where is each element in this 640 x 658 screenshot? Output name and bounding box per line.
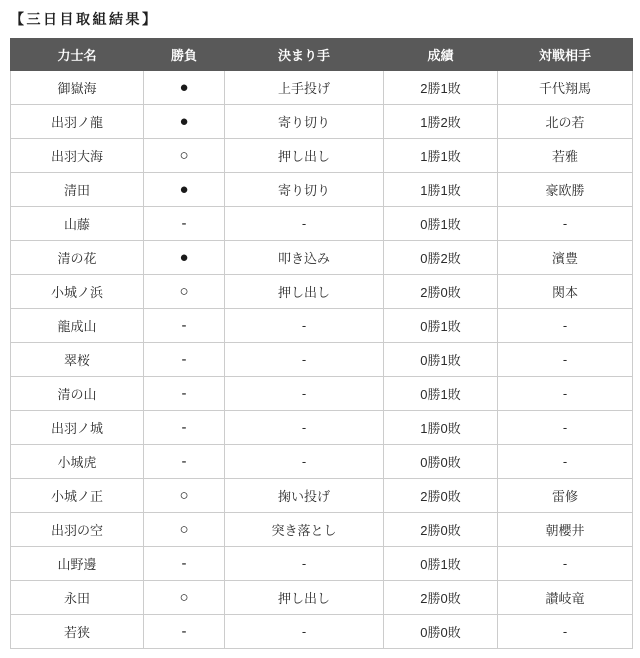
cell-technique: 叩き込み — [225, 241, 384, 275]
cell-opponent: 濱豊 — [498, 241, 633, 275]
cell-result-mark: - — [144, 377, 225, 411]
cell-technique: 寄り切り — [225, 105, 384, 139]
cell-opponent: 千代翔馬 — [498, 71, 633, 105]
cell-opponent: - — [498, 445, 633, 479]
cell-result-mark: ○ — [144, 479, 225, 513]
cell-wrestler-name: 清の山 — [11, 377, 144, 411]
cell-result-mark: - — [144, 547, 225, 581]
table-row: 小城ノ浜○押し出し2勝0敗関本 — [11, 275, 633, 309]
cell-record: 2勝0敗 — [384, 513, 498, 547]
cell-technique: 上手投げ — [225, 71, 384, 105]
column-header-result: 勝負 — [144, 39, 225, 71]
cell-result-mark: ● — [144, 105, 225, 139]
cell-record: 1勝1敗 — [384, 173, 498, 207]
table-row: 出羽の空○突き落とし2勝0敗朝櫻井 — [11, 513, 633, 547]
table-row: 山藤--0勝1敗- — [11, 207, 633, 241]
cell-wrestler-name: 小城虎 — [11, 445, 144, 479]
cell-result-mark: - — [144, 207, 225, 241]
cell-record: 2勝0敗 — [384, 581, 498, 615]
cell-result-mark: - — [144, 411, 225, 445]
table-row: 清田●寄り切り1勝1敗豪欧勝 — [11, 173, 633, 207]
cell-record: 0勝1敗 — [384, 547, 498, 581]
cell-technique: - — [225, 377, 384, 411]
cell-result-mark: - — [144, 615, 225, 649]
cell-opponent: - — [498, 377, 633, 411]
cell-wrestler-name: 山藤 — [11, 207, 144, 241]
cell-wrestler-name: 出羽ノ城 — [11, 411, 144, 445]
cell-result-mark: ● — [144, 71, 225, 105]
cell-technique: - — [225, 207, 384, 241]
cell-opponent: 朝櫻井 — [498, 513, 633, 547]
cell-technique: 突き落とし — [225, 513, 384, 547]
cell-technique: - — [225, 547, 384, 581]
table-row: 出羽ノ城--1勝0敗- — [11, 411, 633, 445]
cell-wrestler-name: 小城ノ浜 — [11, 275, 144, 309]
cell-opponent: 若雅 — [498, 139, 633, 173]
cell-wrestler-name: 御嶽海 — [11, 71, 144, 105]
cell-result-mark: - — [144, 445, 225, 479]
cell-result-mark: ○ — [144, 581, 225, 615]
cell-result-mark: ● — [144, 173, 225, 207]
cell-result-mark: - — [144, 309, 225, 343]
cell-technique: - — [225, 615, 384, 649]
table-row: 小城虎--0勝0敗- — [11, 445, 633, 479]
cell-wrestler-name: 若狭 — [11, 615, 144, 649]
cell-record: 0勝1敗 — [384, 343, 498, 377]
page: 【三日目取組結果】 力士名勝負決まり手成績対戦相手 御嶽海●上手投げ2勝1敗千代… — [0, 0, 640, 649]
cell-wrestler-name: 清の花 — [11, 241, 144, 275]
cell-technique: - — [225, 411, 384, 445]
table-row: 翠桜--0勝1敗- — [11, 343, 633, 377]
table-row: 山野邊--0勝1敗- — [11, 547, 633, 581]
cell-technique: 寄り切り — [225, 173, 384, 207]
cell-technique: 押し出し — [225, 139, 384, 173]
cell-technique: 押し出し — [225, 275, 384, 309]
cell-opponent: 讃岐竜 — [498, 581, 633, 615]
cell-wrestler-name: 翠桜 — [11, 343, 144, 377]
cell-technique: 押し出し — [225, 581, 384, 615]
cell-wrestler-name: 小城ノ正 — [11, 479, 144, 513]
cell-technique: - — [225, 309, 384, 343]
cell-wrestler-name: 永田 — [11, 581, 144, 615]
cell-wrestler-name: 出羽の空 — [11, 513, 144, 547]
cell-record: 1勝2敗 — [384, 105, 498, 139]
column-header-technique: 決まり手 — [225, 39, 384, 71]
cell-record: 1勝0敗 — [384, 411, 498, 445]
cell-result-mark: ○ — [144, 139, 225, 173]
column-header-wrestler: 力士名 — [11, 39, 144, 71]
cell-technique: 掬い投げ — [225, 479, 384, 513]
column-header-record: 成績 — [384, 39, 498, 71]
cell-record: 0勝1敗 — [384, 207, 498, 241]
cell-opponent: 雷修 — [498, 479, 633, 513]
results-table-header: 力士名勝負決まり手成績対戦相手 — [11, 39, 633, 71]
cell-result-mark: ● — [144, 241, 225, 275]
table-row: 御嶽海●上手投げ2勝1敗千代翔馬 — [11, 71, 633, 105]
cell-opponent: 豪欧勝 — [498, 173, 633, 207]
table-row: 清の花●叩き込み0勝2敗濱豊 — [11, 241, 633, 275]
cell-record: 2勝1敗 — [384, 71, 498, 105]
cell-wrestler-name: 清田 — [11, 173, 144, 207]
cell-record: 0勝0敗 — [384, 445, 498, 479]
cell-record: 1勝1敗 — [384, 139, 498, 173]
table-row: 永田○押し出し2勝0敗讃岐竜 — [11, 581, 633, 615]
cell-record: 2勝0敗 — [384, 275, 498, 309]
cell-opponent: - — [498, 207, 633, 241]
cell-record: 2勝0敗 — [384, 479, 498, 513]
cell-result-mark: - — [144, 343, 225, 377]
cell-opponent: 北の若 — [498, 105, 633, 139]
cell-record: 0勝1敗 — [384, 377, 498, 411]
cell-result-mark: ○ — [144, 513, 225, 547]
page-title: 【三日目取組結果】 — [10, 9, 632, 29]
results-table: 力士名勝負決まり手成績対戦相手 御嶽海●上手投げ2勝1敗千代翔馬出羽ノ龍●寄り切… — [10, 38, 633, 649]
cell-technique: - — [225, 445, 384, 479]
table-row: 清の山--0勝1敗- — [11, 377, 633, 411]
table-row: 龍成山--0勝1敗- — [11, 309, 633, 343]
cell-record: 0勝1敗 — [384, 309, 498, 343]
cell-wrestler-name: 山野邊 — [11, 547, 144, 581]
cell-record: 0勝0敗 — [384, 615, 498, 649]
cell-wrestler-name: 龍成山 — [11, 309, 144, 343]
cell-opponent: - — [498, 547, 633, 581]
cell-opponent: - — [498, 343, 633, 377]
cell-result-mark: ○ — [144, 275, 225, 309]
cell-wrestler-name: 出羽大海 — [11, 139, 144, 173]
cell-opponent: - — [498, 411, 633, 445]
cell-opponent: 関本 — [498, 275, 633, 309]
header-row: 力士名勝負決まり手成績対戦相手 — [11, 39, 633, 71]
cell-wrestler-name: 出羽ノ龍 — [11, 105, 144, 139]
results-table-body: 御嶽海●上手投げ2勝1敗千代翔馬出羽ノ龍●寄り切り1勝2敗北の若出羽大海○押し出… — [11, 71, 633, 649]
table-row: 出羽大海○押し出し1勝1敗若雅 — [11, 139, 633, 173]
cell-opponent: - — [498, 309, 633, 343]
table-row: 小城ノ正○掬い投げ2勝0敗雷修 — [11, 479, 633, 513]
table-row: 若狭--0勝0敗- — [11, 615, 633, 649]
cell-technique: - — [225, 343, 384, 377]
column-header-opponent: 対戦相手 — [498, 39, 633, 71]
table-row: 出羽ノ龍●寄り切り1勝2敗北の若 — [11, 105, 633, 139]
cell-opponent: - — [498, 615, 633, 649]
cell-record: 0勝2敗 — [384, 241, 498, 275]
